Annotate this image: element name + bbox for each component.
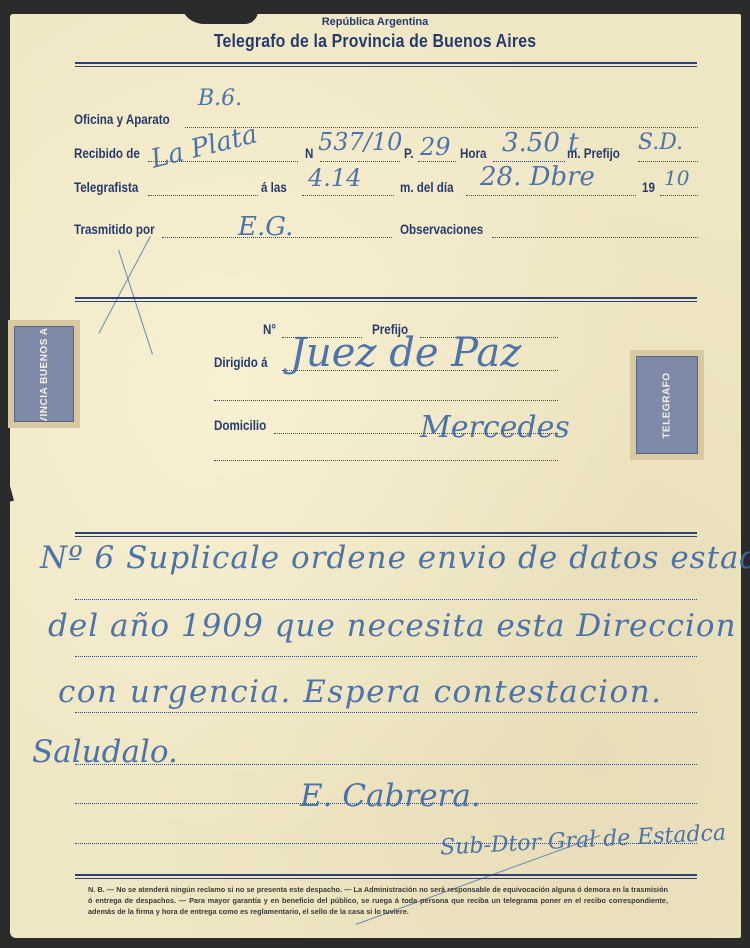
message-text-line-3: con urgencia. Espera contestacion. <box>58 674 663 710</box>
footer-double-rule <box>75 874 697 876</box>
header-subtitle: República Argentina <box>0 16 750 28</box>
hora-value: 3.50 t <box>502 128 579 158</box>
dia-value: 28. Dbre <box>480 162 595 192</box>
message-double-rule <box>75 532 697 534</box>
numero-label: N <box>305 146 313 161</box>
year-prefix-label: 19 <box>642 180 655 195</box>
message-line-1 <box>75 599 697 600</box>
numero-value: 537/10 <box>318 128 402 156</box>
message-line-2 <box>75 656 697 657</box>
observaciones-label: Observaciones <box>400 222 483 237</box>
message-text-line-1: Nº 6 Suplicale ordene envio de datos est… <box>40 540 750 576</box>
signature: E. Cabrera. <box>300 778 481 814</box>
palabras-line <box>418 161 456 162</box>
a-las-line <box>302 195 394 196</box>
message-text-line-4: Saludalo. <box>32 734 178 770</box>
a-las-label: á las <box>261 180 287 195</box>
observaciones-line <box>492 237 698 238</box>
header-title: Telegrafo de la Provincia de Buenos Aire… <box>45 31 705 52</box>
dirigido-label: Dirigido á <box>214 355 268 370</box>
oficina-label: Oficina y Aparato <box>74 112 170 127</box>
prefijo-line <box>638 161 698 162</box>
hora-label: Hora <box>460 146 486 161</box>
message-line-3 <box>75 712 697 713</box>
recibido-label: Recibido de <box>74 146 140 161</box>
dirigido-value: Juez de Paz <box>290 330 521 376</box>
telegrafista-label: Telegrafista <box>74 180 138 195</box>
dia-line <box>466 195 636 196</box>
a-las-value: 4.14 <box>308 164 361 192</box>
palabras-value: 29 <box>420 133 451 161</box>
telegrafista-line <box>148 195 258 196</box>
footnote-text: N. B. — No se atenderá ningún reclamo si… <box>88 884 668 917</box>
palabras-label: P. <box>404 146 413 161</box>
domicilio-line-2 <box>214 460 558 461</box>
domicilio-label: Domicilio <box>214 418 266 433</box>
oficina-value: B.6. <box>198 86 242 111</box>
stamp-telegrafo: TELEGRAFO <box>630 350 704 460</box>
del-dia-label: m. del día <box>400 180 454 195</box>
trasmitido-value: E.G. <box>238 212 293 242</box>
numero-line <box>320 161 400 162</box>
stamp-provincia-text: PROVINCIA BUENOS AIRES <box>39 326 50 422</box>
stamp-telegrafo-text: TELEGRAFO <box>662 372 673 438</box>
prefijo-value: S.D. <box>638 130 683 155</box>
year-value: 10 <box>664 166 689 190</box>
domicilio-value: Mercedes <box>420 410 570 445</box>
section-double-rule <box>75 297 697 299</box>
oficina-line <box>185 127 698 128</box>
year-line <box>660 195 698 196</box>
message-text-line-2: del año 1909 que necesita esta Direccion <box>48 608 737 644</box>
header-double-rule <box>75 62 697 64</box>
dirigido-line-2 <box>214 400 558 401</box>
trasmitido-label: Trasmitido por <box>74 222 155 237</box>
stamp-provincia-buenos-aires: PROVINCIA BUENOS AIRES <box>8 320 80 428</box>
address-numero-label: N° <box>263 322 276 337</box>
